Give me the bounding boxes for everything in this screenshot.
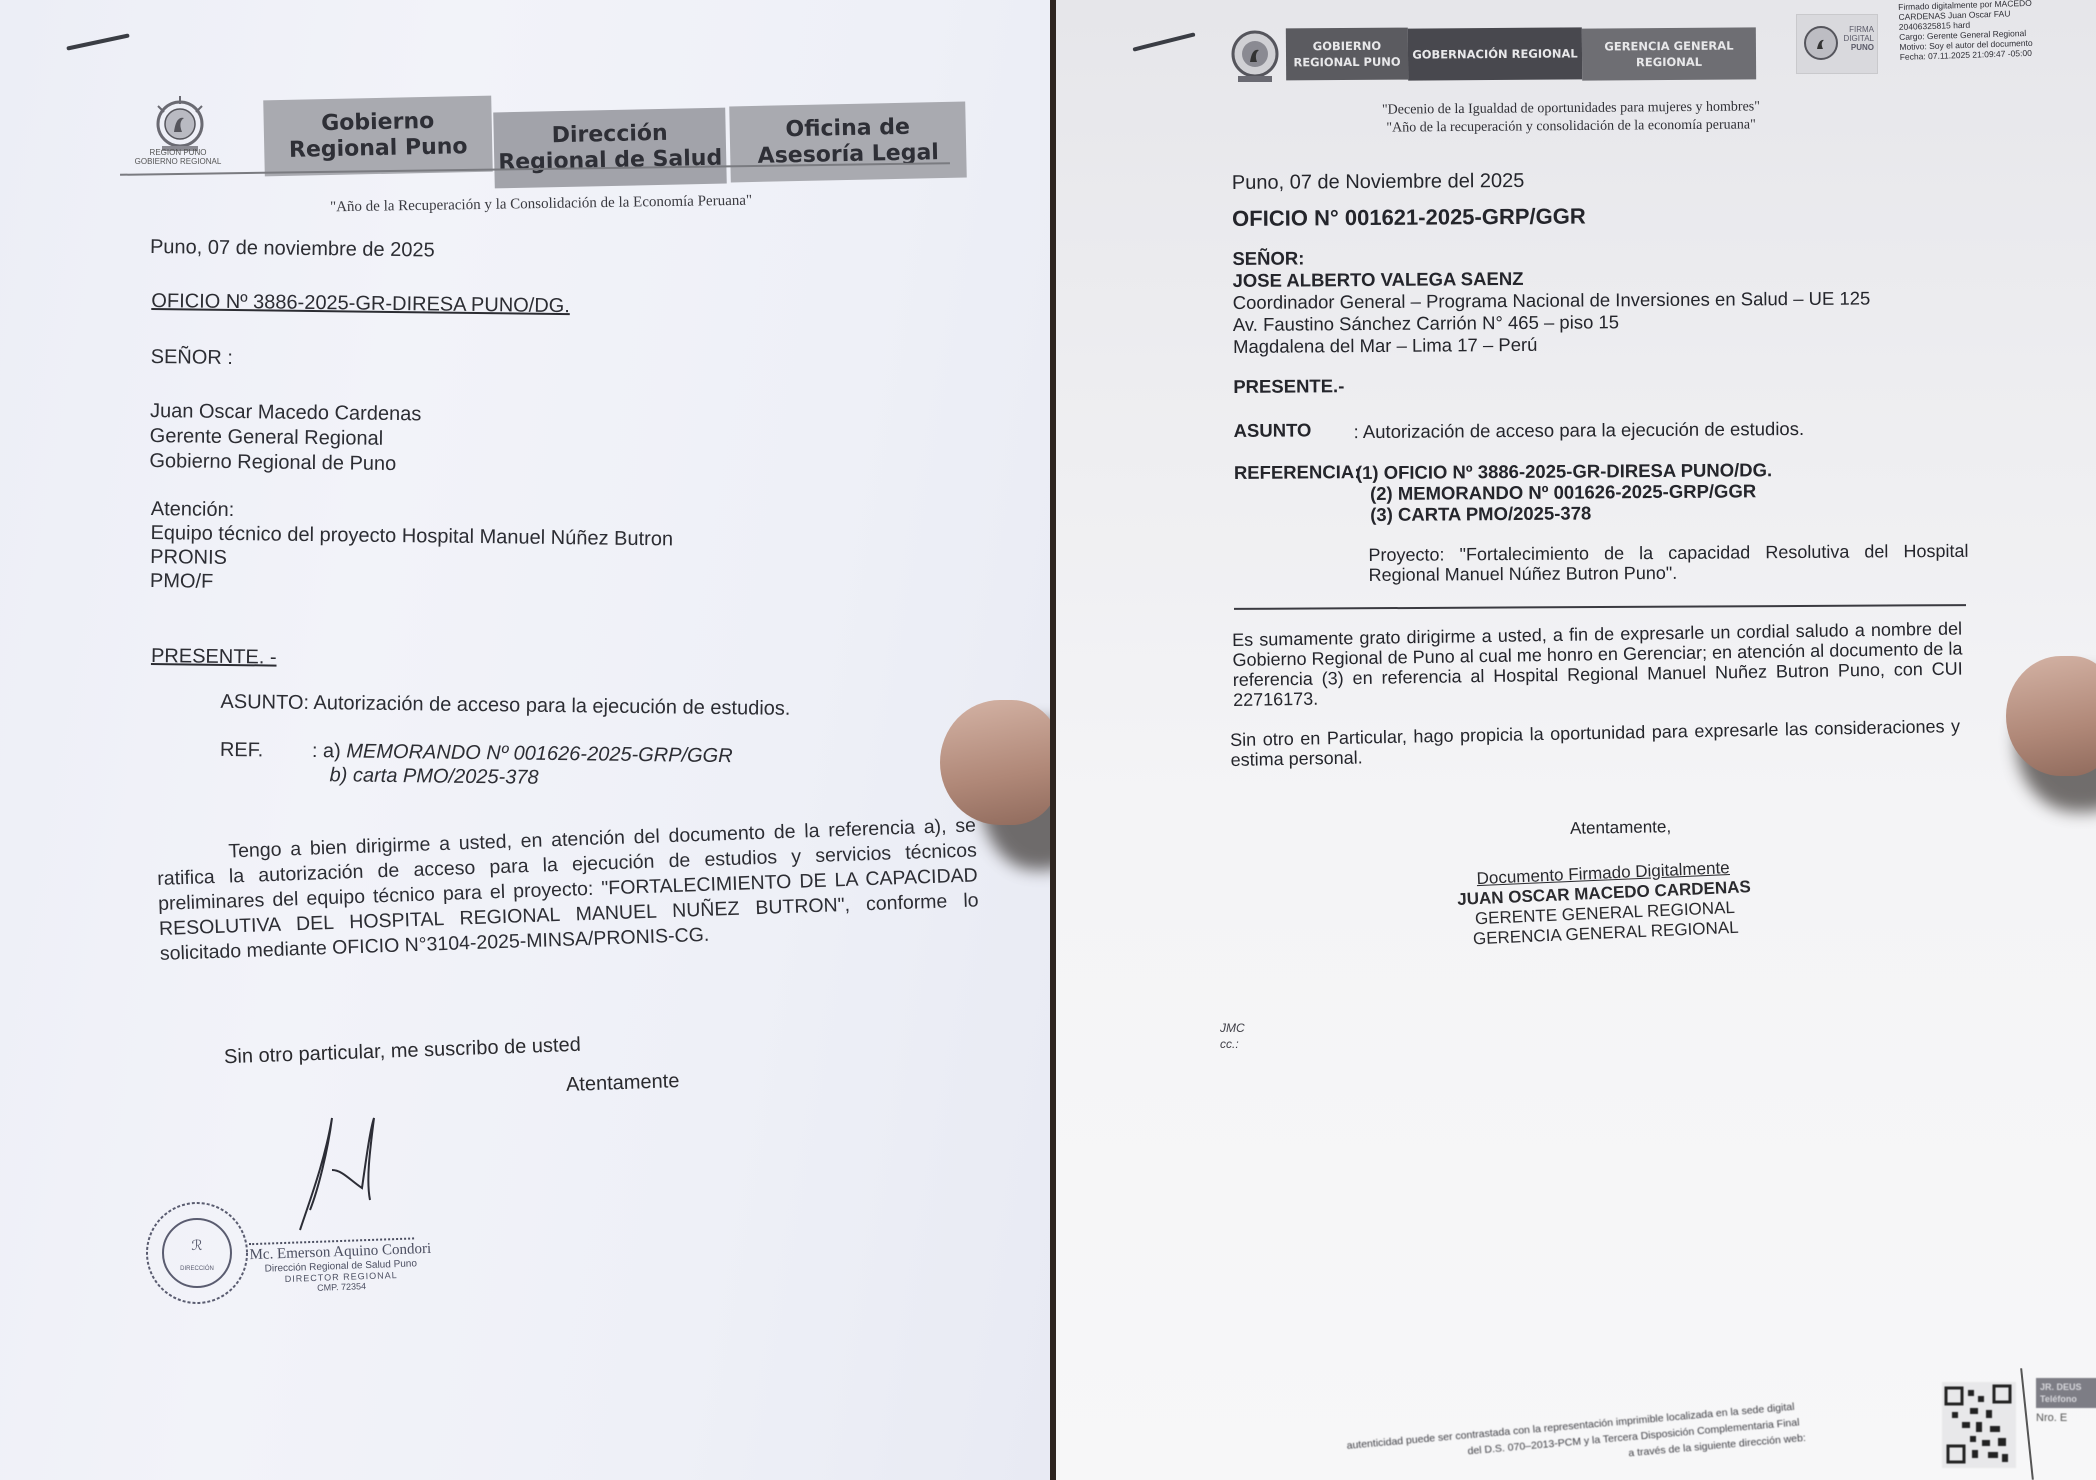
address-line: Teléfono bbox=[2040, 1393, 2096, 1405]
attention-line: Equipo técnico del proyecto Hospital Man… bbox=[150, 522, 673, 551]
header-band-gobierno-regional: GobiernoRegional Puno bbox=[263, 96, 493, 177]
project-description: Proyecto: "Fortalecimiento de la capacid… bbox=[1368, 541, 1968, 585]
year-motto: "Año de la Recuperación y la Consolidaci… bbox=[330, 193, 752, 217]
signature-block: Documento Firmado Digitalmente JUAN OSCA… bbox=[1456, 857, 1753, 950]
asunto-text: : Autorización de acceso para la ejecuci… bbox=[1354, 418, 1805, 443]
signer-block: Mc. Emerson Aquino Condori Dirección Reg… bbox=[249, 1237, 432, 1295]
header-band-gobernacion-regional: GOBERNACIÓN REGIONAL bbox=[1408, 27, 1582, 80]
closing-line: Sin otro particular, me suscribo de uste… bbox=[224, 1034, 581, 1069]
ref-label: REF. bbox=[220, 739, 264, 763]
attention-line: PMO/F bbox=[150, 570, 214, 594]
firma-line: FIRMA bbox=[1843, 25, 1874, 34]
attention-line: PRONIS bbox=[150, 546, 227, 570]
recipient-name: JOSE ALBERTO VALEGA SAENZ bbox=[1232, 268, 1523, 292]
band-line: Oficina de bbox=[757, 114, 939, 144]
attention-label: Atención: bbox=[151, 498, 235, 522]
band-line: Gobierno bbox=[288, 108, 467, 138]
referencia-label: REFERENCIA: bbox=[1234, 461, 1361, 484]
section-rule bbox=[1234, 604, 1966, 610]
body-paragraph-1: Es sumamente grato dirigirme a usted, a … bbox=[1232, 619, 1963, 710]
atentamente: Atentamente, bbox=[1570, 817, 1671, 839]
svg-text:ℛ: ℛ bbox=[191, 1239, 202, 1254]
recipient-name: Juan Oscar Macedo Cardenas bbox=[150, 400, 422, 426]
band-line: REGIONAL PUNO bbox=[1293, 54, 1400, 71]
address-line: JR. DEUS bbox=[2040, 1381, 2096, 1393]
header-band-gerencia-general: GERENCIA GENERALREGIONAL bbox=[1582, 27, 1756, 80]
recipient-line: Coordinador General – Programa Nacional … bbox=[1233, 288, 1871, 314]
letter-date: Puno, 07 de Noviembre del 2025 bbox=[1232, 170, 1525, 195]
band-line: GERENCIA GENERAL bbox=[1604, 38, 1733, 55]
logo-caption-line: REGION PUNO bbox=[128, 148, 228, 157]
presente-heading: PRESENTE.- bbox=[1233, 375, 1344, 398]
recipient-line: Magdalena del Mar – Lima 17 – Perú bbox=[1233, 334, 1538, 358]
band-line: Regional Puno bbox=[289, 134, 468, 164]
authenticity-footer: autenticidad puede ser contrastada con l… bbox=[1346, 1386, 1948, 1480]
header-band-direccion-salud: DirecciónRegional de Salud bbox=[493, 108, 727, 189]
address-block: JR. DEUS Teléfono Nro. E bbox=[2036, 1378, 2096, 1424]
salutation: SEÑOR: bbox=[1232, 247, 1304, 270]
logo-caption: REGION PUNO GOBIERNO REGIONAL bbox=[128, 148, 228, 166]
footer-divider bbox=[2020, 1368, 2034, 1480]
address-number: Nro. E bbox=[2036, 1412, 2096, 1424]
body-text: Tengo a bien dirigirme a usted, en atenc… bbox=[156, 814, 979, 965]
regional-coat-of-arms-logo bbox=[1226, 22, 1284, 86]
left-document-photo: REGION PUNO GOBIERNO REGIONAL GobiernoRe… bbox=[0, 0, 1050, 1480]
recipient-title: Gerente General Regional bbox=[150, 425, 384, 451]
firma-digital-seal-icon bbox=[1801, 21, 1841, 65]
firma-line: PUNO bbox=[1843, 43, 1874, 52]
svg-text:DIRECCIÓN: DIRECCIÓN bbox=[180, 1265, 214, 1272]
right-document-photo: GOBIERNOREGIONAL PUNO GOBERNACIÓN REGION… bbox=[1056, 0, 2096, 1480]
year-motto: "Decenio de la Igualdad de oportunidades… bbox=[1382, 98, 1760, 137]
asunto-label: ASUNTO: bbox=[220, 691, 309, 714]
initials-block: JMC cc.: bbox=[1220, 1020, 1245, 1052]
presente-heading: PRESENTE. - bbox=[151, 645, 277, 670]
band-line: GOBIERNO bbox=[1293, 38, 1400, 55]
oficio-number: OFICIO N° 001621-2025-GRP/GGR bbox=[1232, 203, 1586, 231]
address-box: JR. DEUS Teléfono bbox=[2036, 1378, 2096, 1408]
pen-mark bbox=[1132, 32, 1195, 51]
letter-date: Puno, 07 de noviembre de 2025 bbox=[150, 236, 435, 262]
asunto-label: ASUNTO bbox=[1234, 419, 1312, 442]
body-paragraph-2: Sin otro en Particular, hago propicia la… bbox=[1230, 716, 1961, 770]
header-band-gobierno-regional-puno: GOBIERNOREGIONAL PUNO bbox=[1286, 28, 1408, 81]
oficio-number: OFICIO Nº 3886-2025-GR-DIRESA PUNO/DG. bbox=[151, 290, 570, 318]
atentamente: Atentamente bbox=[566, 1070, 680, 1097]
reference-item: (2) MEMORANDO Nº 001626-2025-GRP/GGR bbox=[1370, 480, 1756, 505]
asunto-line: ASUNTO: Autorización de acceso para la e… bbox=[220, 691, 790, 721]
body-paragraph: Tengo a bien dirigirme a usted, en atenc… bbox=[156, 813, 980, 967]
cc-label: cc.: bbox=[1220, 1036, 1245, 1052]
handwritten-signature bbox=[270, 1110, 390, 1240]
ref-a-marker: : a) bbox=[312, 740, 347, 762]
asunto-text: Autorización de acceso para la ejecución… bbox=[313, 692, 790, 720]
salutation: SEÑOR : bbox=[151, 346, 234, 370]
band-line: REGIONAL bbox=[1604, 54, 1733, 71]
band-line: GOBERNACIÓN REGIONAL bbox=[1412, 45, 1578, 62]
header-band-asesoria-legal: Oficina deAsesoría Legal bbox=[729, 102, 967, 183]
qr-code-icon bbox=[1942, 1382, 2016, 1468]
recipient-line: Av. Faustino Sánchez Carrión N° 465 – pi… bbox=[1233, 311, 1619, 336]
logo-caption-line: GOBIERNO REGIONAL bbox=[128, 157, 228, 166]
motto-line: "Año de la recuperación y consolidación … bbox=[1382, 116, 1760, 137]
reference-item: (3) CARTA PMO/2025-378 bbox=[1370, 502, 1591, 526]
pen-mark bbox=[66, 33, 129, 50]
firma-line: DIGITAL bbox=[1843, 34, 1874, 43]
firma-digital-badge: FIRMA DIGITAL PUNO bbox=[1796, 14, 1878, 74]
official-seal: ℛ DIRECCIÓN bbox=[144, 1200, 250, 1306]
digital-signature-metadata: Firmado digitalmente por MACEDO CARDENAS… bbox=[1898, 0, 2034, 62]
recipient-institution: Gobierno Regional de Puno bbox=[149, 450, 396, 476]
thumb bbox=[940, 700, 1050, 825]
band-line: Regional de Salud bbox=[498, 146, 722, 177]
ref-b-line: b) carta PMO/2025-378 bbox=[329, 764, 538, 790]
ref-a-text: MEMORANDO Nº 001626-2025-GRP/GGR bbox=[346, 740, 733, 767]
initials: JMC bbox=[1220, 1020, 1245, 1036]
firma-digital-label: FIRMA DIGITAL PUNO bbox=[1843, 25, 1874, 52]
